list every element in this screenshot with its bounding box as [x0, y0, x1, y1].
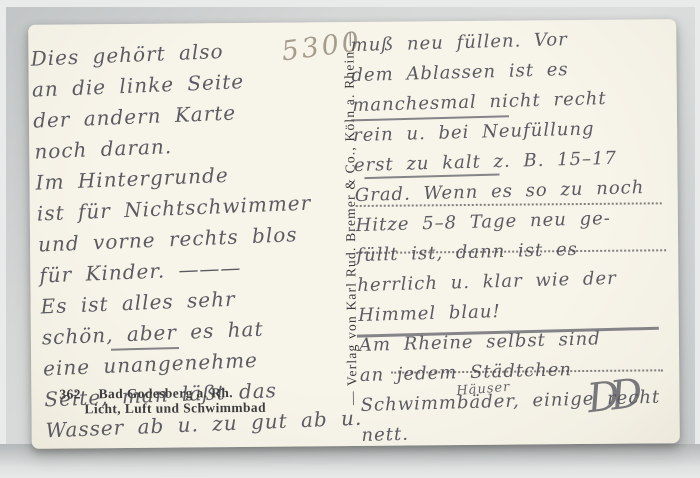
- handwriting-left-column: Dies gehört also an die linke Seite der …: [30, 31, 352, 446]
- scan-background-bottom-shadow: [0, 444, 700, 478]
- postcard: 5300 — Verlag von Karl Rud. Bremer & Co.…: [28, 19, 680, 449]
- caption-title: Bad Godesberg a. Rh.: [99, 385, 234, 401]
- sender-monogram: DD: [585, 371, 636, 422]
- caption-subtitle: Licht, Luft und Schwimmbad: [84, 400, 266, 418]
- handwriting-right-column: muß neu füllen. Vor dem Ablassen ist es …: [350, 22, 684, 451]
- caption-number: 362: [59, 386, 81, 401]
